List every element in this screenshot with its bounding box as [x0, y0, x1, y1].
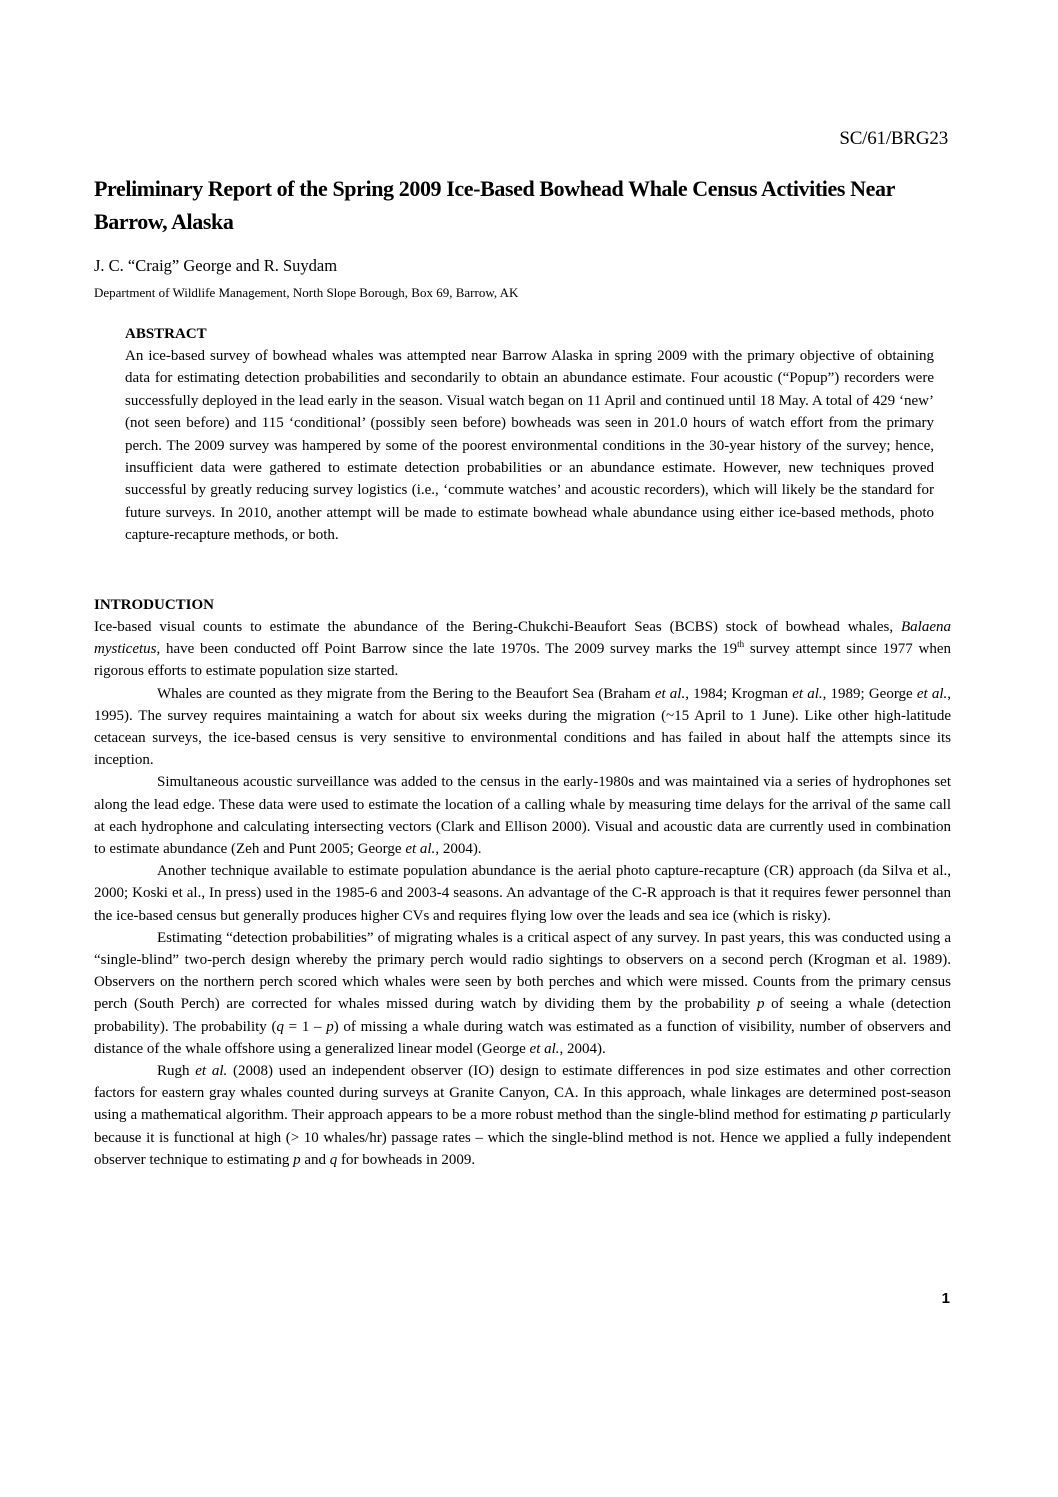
intro-paragraph-2: Whales are counted as they migrate from … — [94, 683, 951, 772]
et-al: et al. — [792, 686, 822, 702]
page-number: 1 — [942, 1290, 950, 1307]
text-run: for bowheads in 2009. — [337, 1152, 475, 1168]
math-variable: p — [870, 1107, 878, 1123]
text-run: Rugh — [157, 1063, 195, 1079]
document-id: SC/61/BRG23 — [839, 128, 948, 150]
authors: J. C. “Craig” George and R. Suydam — [94, 256, 337, 276]
math-variable: q — [277, 1019, 285, 1035]
et-al: et al. — [530, 1041, 560, 1057]
introduction-section: INTRODUCTION Ice-based visual counts to … — [94, 597, 951, 1171]
text-run: , have been conducted off Point Barrow s… — [156, 641, 737, 657]
intro-paragraph-1: Ice-based visual counts to estimate the … — [94, 616, 951, 683]
abstract-text: An ice-based survey of bowhead whales wa… — [125, 345, 934, 547]
text-run: , 1984; Krogman — [685, 686, 792, 702]
introduction-heading: INTRODUCTION — [94, 597, 951, 614]
text-run: Simultaneous acoustic surveillance was a… — [94, 774, 951, 857]
et-al: et al. — [917, 686, 947, 702]
affiliation: Department of Wildlife Management, North… — [94, 285, 518, 301]
text-run: , 2004). — [560, 1041, 606, 1057]
et-al: et al. — [405, 841, 435, 857]
intro-paragraph-4: Another technique available to estimate … — [94, 860, 951, 927]
text-run: and — [301, 1152, 330, 1168]
abstract-section: ABSTRACT An ice-based survey of bowhead … — [125, 326, 934, 547]
document-page: SC/61/BRG23 Preliminary Report of the Sp… — [0, 0, 1058, 1497]
math-variable: p — [326, 1019, 334, 1035]
et-al: et al. — [655, 686, 685, 702]
intro-paragraph-5: Estimating “detection probabilities” of … — [94, 927, 951, 1060]
text-run: , 2004). — [435, 841, 481, 857]
text-run: Ice-based visual counts to estimate the … — [94, 619, 901, 635]
math-variable: p — [293, 1152, 301, 1168]
paper-title: Preliminary Report of the Spring 2009 Ic… — [94, 172, 924, 238]
abstract-heading: ABSTRACT — [125, 326, 934, 343]
text-run: , 1989; George — [823, 686, 917, 702]
text-run: Whales are counted as they migrate from … — [157, 686, 655, 702]
intro-paragraph-6: Rugh et al. (2008) used an independent o… — [94, 1060, 951, 1171]
intro-paragraph-3: Simultaneous acoustic surveillance was a… — [94, 771, 951, 860]
text-run: = 1 – — [284, 1019, 326, 1035]
et-al: et al. — [195, 1063, 227, 1079]
